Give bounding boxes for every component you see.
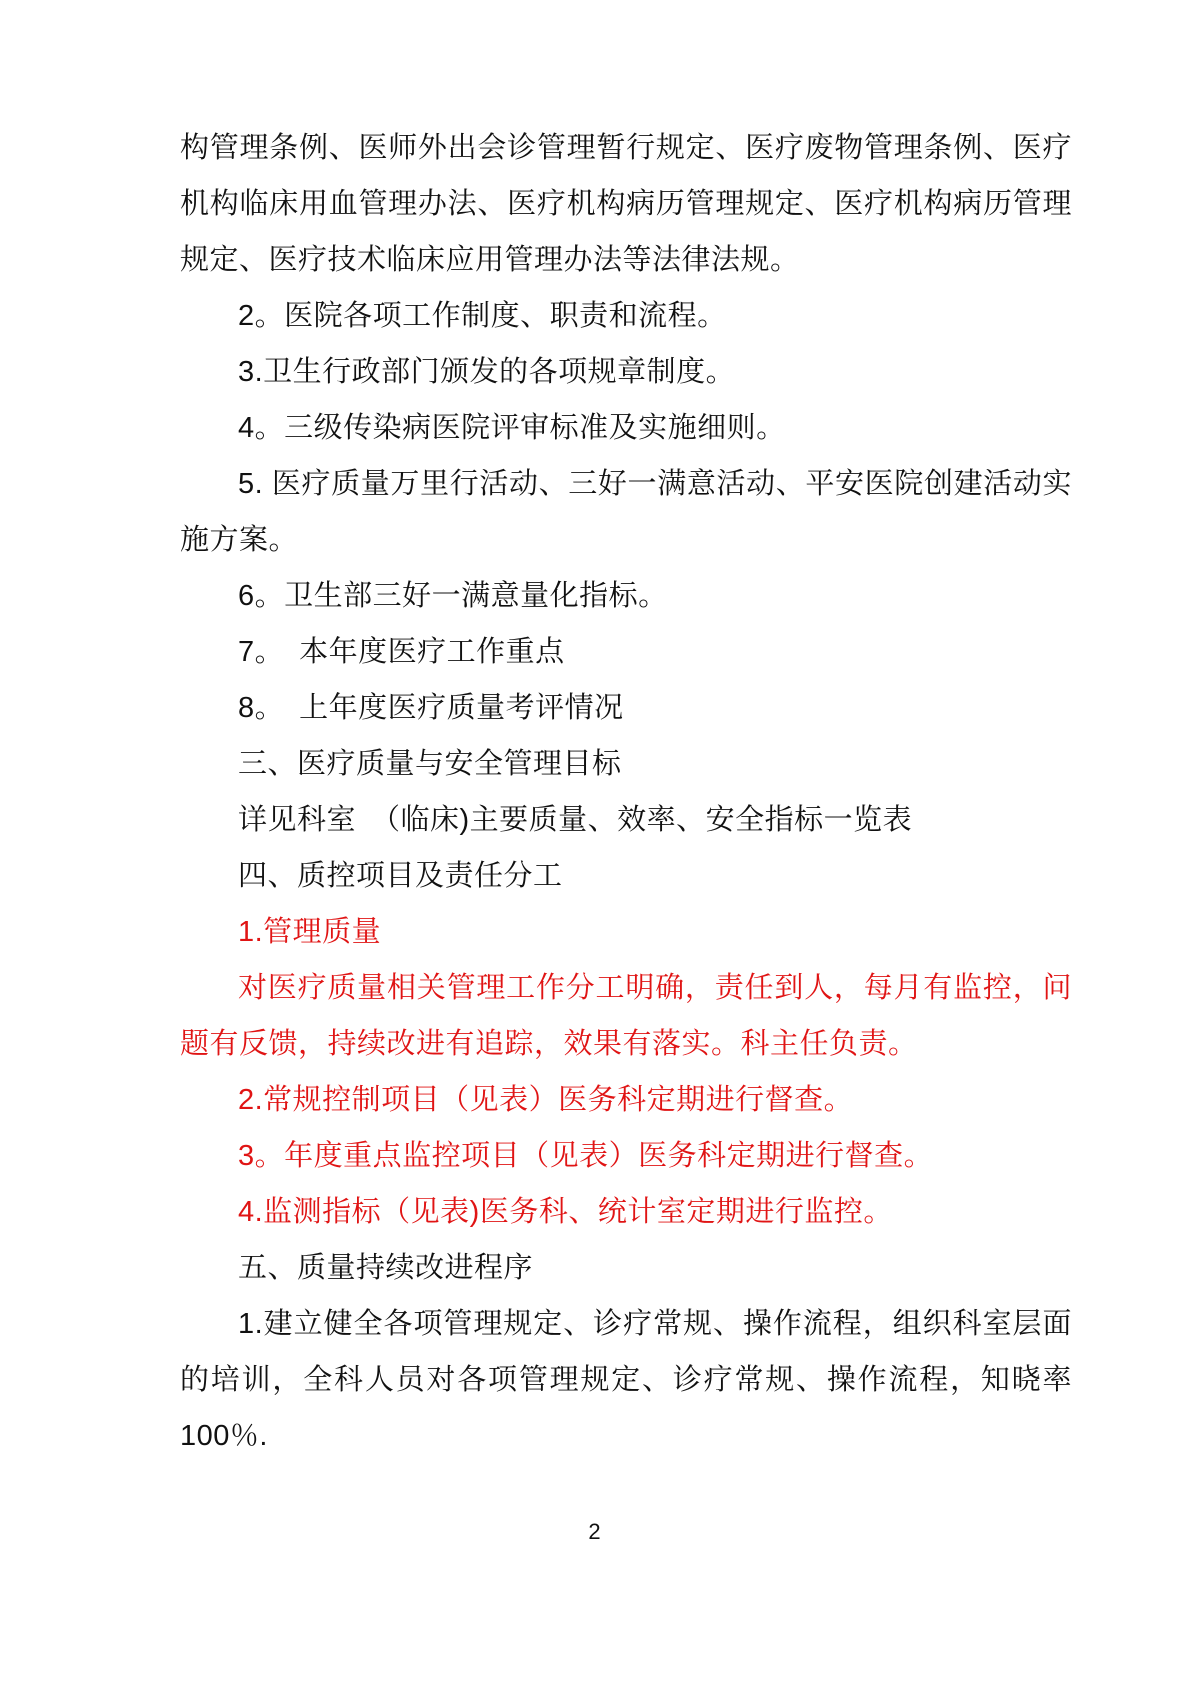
paragraph-17: 五、质量持续改进程序 <box>180 1240 1072 1296</box>
paragraph-5: 5. 医疗质量万里行活动、三好一满意活动、平安医院创建活动实施方案。 <box>180 456 1072 568</box>
paragraph-3: 3.卫生行政部门颁发的各项规章制度。 <box>180 344 1072 400</box>
document-page: 构管理条例、医师外出会诊管理暂行规定、医疗废物管理条例、医疗机构临床用血管理办法… <box>0 0 1189 1682</box>
paragraph-9: 三、医疗质量与安全管理目标 <box>180 736 1072 792</box>
document-body: 构管理条例、医师外出会诊管理暂行规定、医疗废物管理条例、医疗机构临床用血管理办法… <box>180 120 1072 1464</box>
paragraph-13: 对医疗质量相关管理工作分工明确，责任到人，每月有监控，问题有反馈，持续改进有追踪… <box>180 960 1072 1072</box>
paragraph-10: 详见科室 （临床)主要质量、效率、安全指标一览表 <box>180 792 1072 848</box>
paragraph-14: 2.常规控制项目（见表）医务科定期进行督查。 <box>180 1072 1072 1128</box>
paragraph-15: 3。年度重点监控项目（见表）医务科定期进行督查。 <box>180 1128 1072 1184</box>
paragraph-8: 8。 上年度医疗质量考评情况 <box>180 680 1072 736</box>
paragraph-4: 4。三级传染病医院评审标准及实施细则。 <box>180 400 1072 456</box>
paragraph-12: 1.管理质量 <box>180 904 1072 960</box>
paragraph-16: 4.监测指标（见表)医务科、统计室定期进行监控。 <box>180 1184 1072 1240</box>
paragraph-18: 1.建立健全各项管理规定、诊疗常规、操作流程，组织科室层面的培训，全科人员对各项… <box>180 1296 1072 1464</box>
paragraph-2: 2。医院各项工作制度、职责和流程。 <box>180 288 1072 344</box>
paragraph-11: 四、质控项目及责任分工 <box>180 848 1072 904</box>
page-number: 2 <box>0 1512 1189 1552</box>
paragraph-6: 6。卫生部三好一满意量化指标。 <box>180 568 1072 624</box>
paragraph-1: 构管理条例、医师外出会诊管理暂行规定、医疗废物管理条例、医疗机构临床用血管理办法… <box>180 120 1072 288</box>
paragraph-7: 7。 本年度医疗工作重点 <box>180 624 1072 680</box>
